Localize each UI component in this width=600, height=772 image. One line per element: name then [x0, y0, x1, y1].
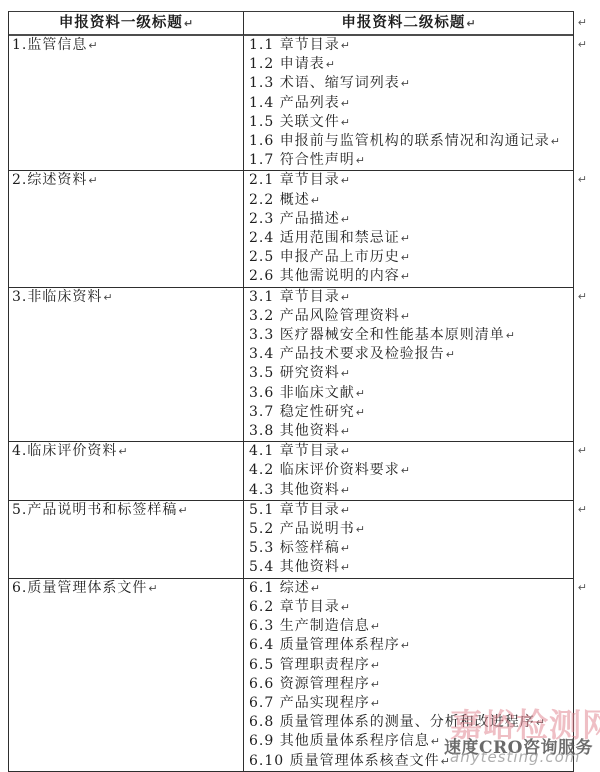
level2-item-label: 5.1 章节目录	[249, 502, 340, 518]
paragraph-return-icon: ↵	[371, 659, 380, 672]
row-end-return-icon: ↵	[578, 444, 587, 457]
paragraph-return-icon: ↵	[341, 291, 350, 304]
paragraph-return-icon: ↵	[341, 601, 350, 614]
row-end-return-icon: ↵	[578, 38, 587, 51]
level1-heading: 1.监管信息↵	[12, 36, 241, 55]
level2-item: 1.3 术语、缩写词列表↵	[249, 74, 571, 93]
level2-item: 2.1 章节目录↵	[249, 171, 571, 190]
paragraph-return-icon: ↵	[341, 213, 350, 226]
paragraph-return-icon: ↵	[341, 561, 350, 574]
level2-item: 6.5 管理职责程序↵	[249, 656, 571, 675]
level2-item-label: 3.7 稳定性研究	[249, 404, 355, 420]
level2-item-label: 5.4 其他资料	[249, 559, 340, 575]
level2-item-label: 3.6 非临床文献	[249, 385, 355, 401]
paragraph-return-icon: ↵	[401, 77, 410, 90]
paragraph-return-icon: ↵	[356, 154, 365, 167]
paragraph-return-icon: ↵	[118, 445, 127, 458]
paragraph-return-icon: ↵	[401, 232, 410, 245]
level2-item: 3.4 产品技术要求及检验报告↵	[249, 345, 571, 364]
level2-item: 1.7 符合性声明↵	[249, 151, 571, 170]
level2-item-label: 6.5 管理职责程序	[249, 657, 370, 673]
level2-item: 3.1 章节目录↵	[249, 288, 571, 307]
level2-item: 4.2 临床评价资料要求↵	[249, 461, 571, 480]
paragraph-return-icon: ↵	[341, 39, 350, 52]
level2-item-label: 3.8 其他资料	[249, 423, 340, 439]
paragraph-return-icon: ↵	[341, 445, 350, 458]
level2-item-label: 3.1 章节目录	[249, 289, 340, 305]
level1-heading: 5.产品说明书和标签样稿↵	[12, 501, 241, 520]
level2-item: 5.1 章节目录↵	[249, 501, 571, 520]
paragraph-return-icon: ↵	[326, 58, 335, 71]
paragraph-return-icon: ↵	[356, 387, 365, 400]
level2-cell: 4.1 章节目录↵4.2 临床评价资料要求↵4.3 其他资料↵	[244, 442, 573, 500]
level1-cell: 6.质量管理体系文件↵	[9, 579, 244, 771]
level2-item: 3.3 医疗器械安全和性能基本原则清单↵	[249, 326, 571, 345]
row-end-return-icon: ↵	[578, 503, 587, 516]
paragraph-return-icon: ↵	[446, 348, 455, 361]
paragraph-return-icon: ↵	[551, 135, 560, 148]
level2-item-label: 4.1 章节目录	[249, 443, 340, 459]
level2-item: 3.6 非临床文献↵	[249, 384, 571, 403]
paragraph-return-icon: ↵	[341, 484, 350, 497]
level2-item-label: 5.2 产品说明书	[249, 521, 355, 537]
level1-heading-label: 2.综述资料	[12, 172, 87, 188]
level1-cell: 5.产品说明书和标签样稿↵	[9, 501, 244, 578]
level2-item: 6.6 资源管理程序↵	[249, 675, 571, 694]
level2-item: 6.1 综述↵	[249, 579, 571, 598]
level1-heading: 4.临床评价资料↵	[12, 442, 241, 461]
level2-item: 3.8 其他资料↵	[249, 422, 571, 441]
level1-heading-label: 6.质量管理体系文件	[12, 580, 147, 596]
paragraph-return-icon: ↵	[184, 17, 193, 30]
paragraph-return-icon: ↵	[401, 639, 410, 652]
table-row: 2.综述资料↵2.1 章节目录↵2.2 概述↵2.3 产品描述↵2.4 适用范围…	[9, 170, 573, 286]
level2-item-label: 4.3 其他资料	[249, 482, 340, 498]
table-row: 5.产品说明书和标签样稿↵5.1 章节目录↵5.2 产品说明书↵5.3 标签样稿…	[9, 500, 573, 578]
level2-item: 5.3 标签样稿↵	[249, 539, 571, 558]
paragraph-return-icon: ↵	[103, 291, 112, 304]
row-end-return-icon: ↵	[578, 581, 587, 594]
level2-item: 3.7 稳定性研究↵	[249, 403, 571, 422]
level2-item: 2.2 概述↵	[249, 191, 571, 210]
level2-item-label: 2.3 产品描述	[249, 211, 340, 227]
paragraph-return-icon: ↵	[311, 582, 320, 595]
header-level1-label: 申报资料一级标题	[59, 14, 183, 31]
level1-heading: 3.非临床资料↵	[12, 288, 241, 307]
level2-cell: 1.1 章节目录↵1.2 申请表↵1.3 术语、缩写词列表↵1.4 产品列表↵1…	[244, 36, 573, 170]
table-row: 1.监管信息↵1.1 章节目录↵1.2 申请表↵1.3 术语、缩写词列表↵1.4…	[9, 36, 573, 170]
level1-cell: 3.非临床资料↵	[9, 288, 244, 442]
level2-item-label: 1.2 申请表	[249, 56, 325, 72]
level2-item: 6.3 生产制造信息↵	[249, 617, 571, 636]
level2-item: 6.4 质量管理体系程序↵	[249, 636, 571, 655]
level2-item-label: 3.4 产品技术要求及检验报告	[249, 346, 445, 362]
paragraph-return-icon: ↵	[356, 406, 365, 419]
level2-item-label: 2.1 章节目录	[249, 172, 340, 188]
paragraph-return-icon: ↵	[401, 270, 410, 283]
level2-item-label: 1.3 术语、缩写词列表	[249, 75, 400, 91]
level1-heading-label: 1.监管信息	[12, 37, 87, 53]
level2-item-label: 2.6 其他需说明的内容	[249, 268, 400, 284]
level2-item-label: 6.6 资源管理程序	[249, 676, 370, 692]
domain-watermark-text: anytesting.com	[450, 748, 580, 766]
level1-heading-label: 4.临床评价资料	[12, 443, 117, 459]
level2-item-label: 6.9 其他质量体系程序信息	[249, 733, 430, 749]
row-end-return-icon: ↵	[578, 173, 587, 186]
level2-item: 5.2 产品说明书↵	[249, 520, 571, 539]
level2-item-label: 4.2 临床评价资料要求	[249, 462, 400, 478]
level2-item-label: 6.2 章节目录	[249, 599, 340, 615]
paragraph-return-icon: ↵	[341, 97, 350, 110]
header-level2-column: 申报资料二级标题↵	[244, 12, 573, 35]
level2-item: 1.4 产品列表↵	[249, 94, 571, 113]
paragraph-return-icon: ↵	[401, 310, 410, 323]
level2-item: 2.4 适用范围和禁忌证↵	[249, 229, 571, 248]
level2-item: 4.3 其他资料↵	[249, 481, 571, 500]
level2-item: 2.3 产品描述↵	[249, 210, 571, 229]
paragraph-return-icon: ↵	[311, 194, 320, 207]
paragraph-return-icon: ↵	[88, 174, 97, 187]
paragraph-return-icon: ↵	[178, 504, 187, 517]
paragraph-return-icon: ↵	[466, 17, 475, 30]
level2-item-label: 1.7 符合性声明	[249, 152, 355, 168]
level2-item-label: 1.1 章节目录	[249, 37, 340, 53]
level2-item: 6.2 章节目录↵	[249, 598, 571, 617]
level1-heading: 2.综述资料↵	[12, 171, 241, 190]
level2-item: 1.2 申请表↵	[249, 55, 571, 74]
table-row: 4.临床评价资料↵4.1 章节目录↵4.2 临床评价资料要求↵4.3 其他资料↵…	[9, 441, 573, 500]
level1-cell: 2.综述资料↵	[9, 171, 244, 286]
level2-cell: 2.1 章节目录↵2.2 概述↵2.3 产品描述↵2.4 适用范围和禁忌证↵2.…	[244, 171, 573, 286]
paragraph-return-icon: ↵	[371, 697, 380, 710]
level2-item-label: 1.6 申报前与监管机构的联系情况和沟通记录	[249, 133, 550, 149]
level1-heading-label: 3.非临床资料	[12, 289, 102, 305]
table-header-row: 申报资料一级标题↵ 申报资料二级标题↵ ↵	[9, 12, 573, 36]
submission-materials-table: 申报资料一级标题↵ 申报资料二级标题↵ ↵ 1.监管信息↵1.1 章节目录↵1.…	[8, 11, 574, 772]
paragraph-return-icon: ↵	[341, 367, 350, 380]
level2-item: 1.6 申报前与监管机构的联系情况和沟通记录↵	[249, 132, 571, 151]
level2-item: 4.1 章节目录↵	[249, 442, 571, 461]
level2-item-label: 2.5 申报产品上市历史	[249, 249, 400, 265]
level2-item-label: 3.2 产品风险管理资料	[249, 308, 400, 324]
table-row: 3.非临床资料↵3.1 章节目录↵3.2 产品风险管理资料↵3.3 医疗器械安全…	[9, 287, 573, 442]
level2-item-label: 6.4 质量管理体系程序	[249, 637, 400, 653]
level2-item: 2.6 其他需说明的内容↵	[249, 267, 571, 286]
paragraph-return-icon: ↵	[506, 329, 515, 342]
paragraph-return-icon: ↵	[371, 620, 380, 633]
level2-item-label: 3.5 研究资料	[249, 365, 340, 381]
level1-cell: 1.监管信息↵	[9, 36, 244, 170]
paragraph-return-icon: ↵	[341, 504, 350, 517]
level2-item-label: 3.3 医疗器械安全和性能基本原则清单	[249, 327, 505, 343]
level2-item: 5.4 其他资料↵	[249, 558, 571, 577]
level1-heading-label: 5.产品说明书和标签样稿	[12, 502, 177, 518]
level2-item-label: 1.4 产品列表	[249, 95, 340, 111]
paragraph-return-icon: ↵	[341, 425, 350, 438]
paragraph-return-icon: ↵	[88, 39, 97, 52]
header-level1-column: 申报资料一级标题↵	[9, 12, 244, 35]
level2-item: 3.2 产品风险管理资料↵	[249, 307, 571, 326]
level2-item-label: 2.4 适用范围和禁忌证	[249, 230, 400, 246]
table-body: 1.监管信息↵1.1 章节目录↵1.2 申请表↵1.3 术语、缩写词列表↵1.4…	[9, 36, 573, 771]
paragraph-return-icon: ↵	[148, 582, 157, 595]
paragraph-return-icon: ↵	[431, 735, 440, 748]
paragraph-return-icon: ↵	[341, 116, 350, 129]
paragraph-return-icon: ↵	[401, 464, 410, 477]
paragraph-return-icon: ↵	[341, 542, 350, 555]
level2-item: 1.1 章节目录↵	[249, 36, 571, 55]
level2-item-label: 1.5 关联文件	[249, 114, 340, 130]
level2-item: 1.5 关联文件↵	[249, 113, 571, 132]
row-end-return-icon: ↵	[578, 16, 587, 29]
level2-item-label: 6.10 质量管理体系核查文件	[249, 753, 440, 769]
level2-item: 2.5 申报产品上市历史↵	[249, 248, 571, 267]
paragraph-return-icon: ↵	[401, 251, 410, 264]
paragraph-return-icon: ↵	[341, 174, 350, 187]
level2-item-label: 5.3 标签样稿	[249, 540, 340, 556]
level2-item-label: 6.1 综述	[249, 580, 310, 596]
level2-cell: 3.1 章节目录↵3.2 产品风险管理资料↵3.3 医疗器械安全和性能基本原则清…	[244, 288, 573, 442]
level2-item-label: 2.2 概述	[249, 192, 310, 208]
level1-cell: 4.临床评价资料↵	[9, 442, 244, 500]
level2-cell: 5.1 章节目录↵5.2 产品说明书↵5.3 标签样稿↵5.4 其他资料↵	[244, 501, 573, 578]
level2-item: 3.5 研究资料↵	[249, 364, 571, 383]
header-level2-label: 申报资料二级标题	[341, 14, 465, 31]
level2-item-label: 6.7 产品实现程序	[249, 695, 370, 711]
paragraph-return-icon: ↵	[356, 523, 365, 536]
paragraph-return-icon: ↵	[371, 678, 380, 691]
level2-item-label: 6.3 生产制造信息	[249, 618, 370, 634]
level1-heading: 6.质量管理体系文件↵	[12, 579, 241, 598]
row-end-return-icon: ↵	[578, 290, 587, 303]
